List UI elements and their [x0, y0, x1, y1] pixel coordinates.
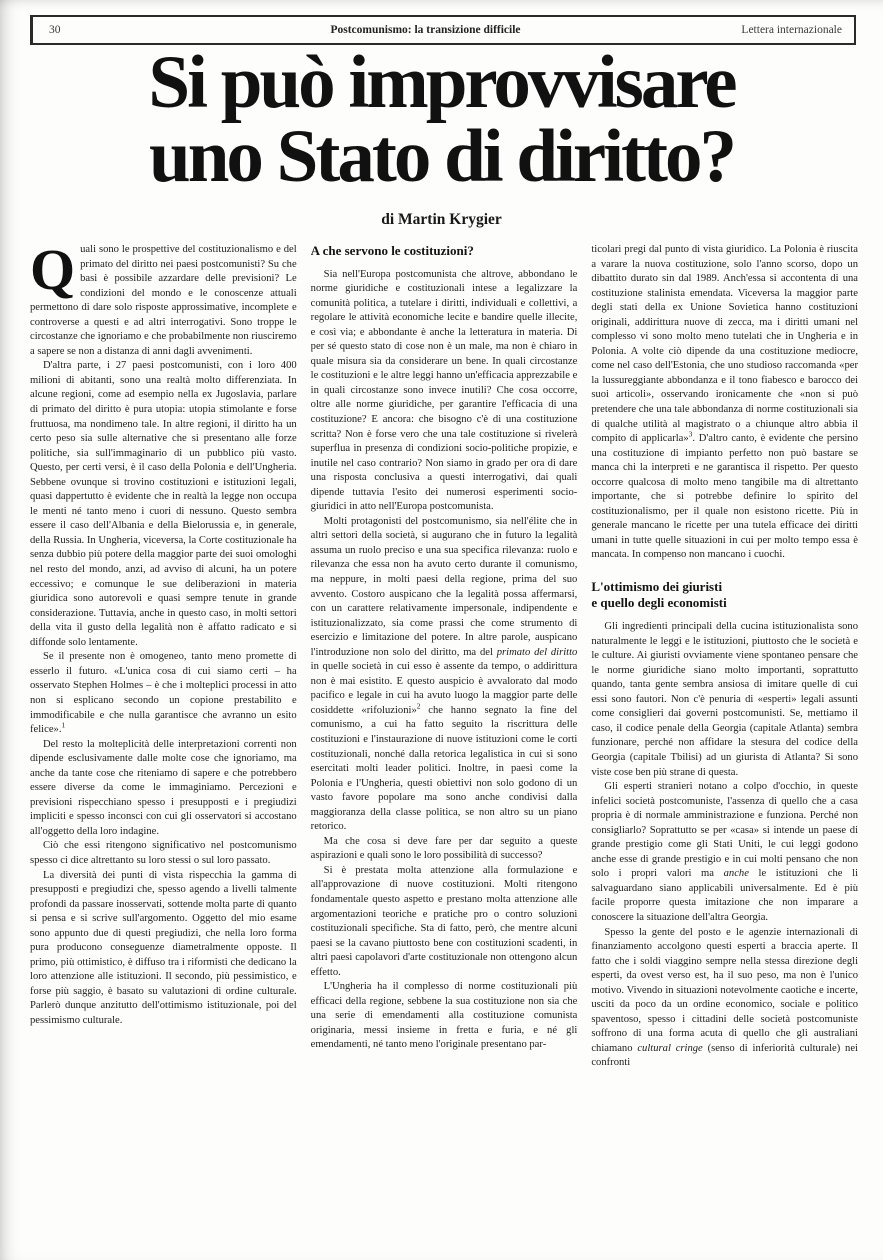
paragraph: Quali sono le prospettive del costituzio… [30, 243, 297, 359]
section-heading: L'ottimismo dei giuristie quello degli e… [591, 579, 858, 610]
paragraph: D'altra parte, i 27 paesi postcomunisti,… [30, 359, 297, 650]
paragraph: Si è prestata molta attenzione alla form… [311, 864, 578, 980]
article-title-line2: uno Stato di diritto? [149, 115, 734, 198]
article-title: Si può improvvisareuno Stato di diritto? [0, 46, 883, 194]
article-title-line1: Si può improvvisare [148, 41, 734, 124]
paragraph: L'Ungheria ha il complesso di norme cost… [311, 980, 578, 1053]
column-1: Quali sono le prospettive del costituzio… [30, 243, 297, 1254]
paragraph: Ciò che essi ritengono significativo nel… [30, 839, 297, 868]
paragraph: Gli esperti stranieri notano a colpo d'o… [591, 780, 858, 925]
paragraph: Sia nell'Europa postcomunista che altrov… [311, 268, 578, 515]
section-heading: A che servono le costituzioni? [311, 243, 578, 259]
paragraph: Molti protagonisti del postcomunismo, si… [311, 515, 578, 835]
paragraph: Del resto la molteplicità delle interpre… [30, 738, 297, 840]
byline: di Martin Krygier [0, 211, 883, 229]
column-3: ticolari pregi dal punto di vista giurid… [591, 243, 858, 1254]
paragraph: Spesso la gente del posto e le agenzie i… [591, 926, 858, 1071]
page-number: 30 [33, 24, 179, 36]
paragraph: Ma che cosa si deve fare per dar seguito… [311, 835, 578, 864]
paragraph: ticolari pregi dal punto di vista giurid… [591, 243, 858, 563]
paragraph: Se il presente non è omogeneo, tanto men… [30, 650, 297, 737]
section-title: Postcomunismo: la transizione difficile [179, 24, 672, 36]
column-2: A che servono le costituzioni?Sia nell'E… [311, 243, 578, 1254]
magazine-page: 30 Postcomunismo: la transizione diffici… [0, 0, 883, 1260]
publication-name: Lettera internazionale [672, 24, 854, 36]
paragraph: Gli ingredienti principali della cucina … [591, 620, 858, 780]
paragraph: La diversità dei punti di vista rispecch… [30, 869, 297, 1029]
drop-cap: Q [30, 243, 80, 293]
article-columns: Quali sono le prospettive del costituzio… [30, 243, 858, 1254]
